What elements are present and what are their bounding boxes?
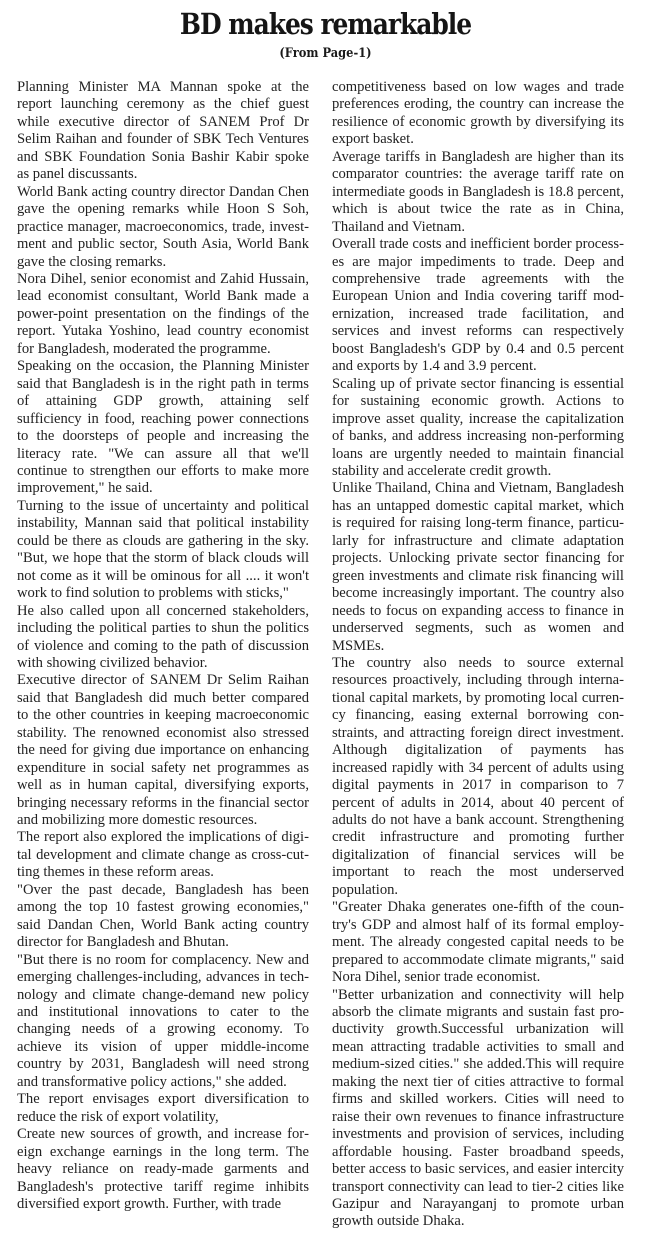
article-column-left: Planning Minister MA Mannan spoke at the…	[17, 79, 309, 1213]
paragraph: "Better urbanization and connectivity wi…	[332, 987, 624, 1231]
paragraph: The country also needs to source externa…	[332, 655, 624, 899]
paragraph: He also called upon all concerned stakeh…	[17, 603, 309, 673]
paragraph: Nora Dihel, senior economist and Zahid H…	[17, 271, 309, 358]
continuation-label: (From Page-1)	[39, 45, 612, 63]
paragraph: Average tariffs in Bangladesh are higher…	[332, 149, 624, 236]
paragraph: The report envisages export diversificat…	[17, 1091, 309, 1126]
paragraph: "Greater Dhaka generates one-fifth of th…	[332, 899, 624, 986]
paragraph: Create new sources of growth, and increa…	[17, 1126, 309, 1213]
paragraph: Turning to the issue of uncertainty and …	[17, 498, 309, 603]
paragraph: "But there is no room for complacency. N…	[17, 952, 309, 1092]
paragraph: The report also explored the implication…	[17, 829, 309, 881]
paragraph: competitiveness based on low wages and t…	[332, 79, 624, 149]
paragraph: Unlike Thailand, China and Vietnam, Bang…	[332, 480, 624, 655]
paragraph: Planning Minister MA Mannan spoke at the…	[17, 79, 309, 184]
paragraph: World Bank acting country director Danda…	[17, 184, 309, 271]
paragraph: Overall trade costs and inefficient bord…	[332, 236, 624, 376]
paragraph: Executive director of SANEM Dr Selim Rai…	[17, 672, 309, 829]
paragraph: Scaling up of private sector financing i…	[332, 376, 624, 481]
headline: BD makes remarkable	[46, 6, 606, 42]
article-column-right: competitiveness based on low wages and t…	[332, 79, 624, 1231]
paragraph: Speaking on the occasion, the Planning M…	[17, 358, 309, 498]
paragraph: "Over the past decade, Bangladesh has be…	[17, 882, 309, 952]
